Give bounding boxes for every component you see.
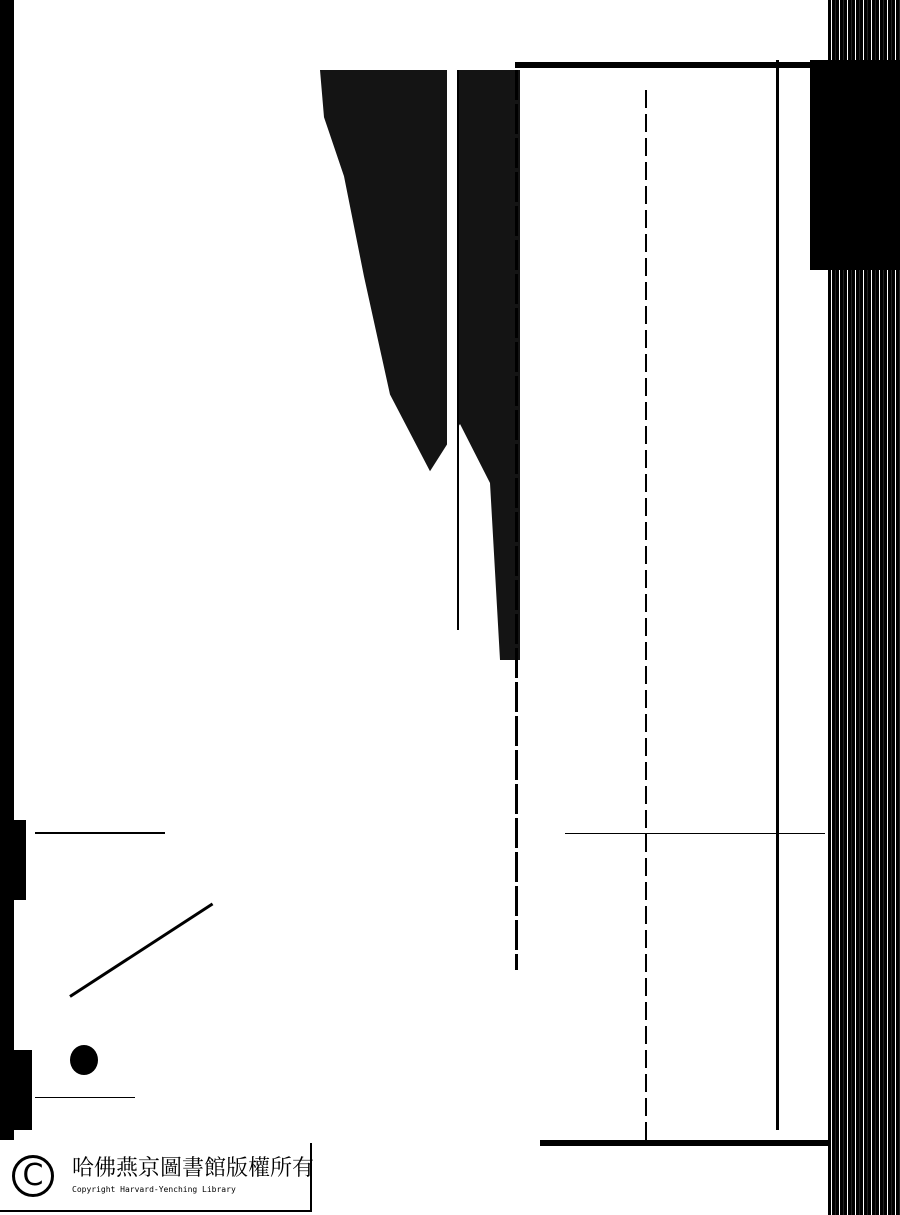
column-rule xyxy=(457,70,459,630)
left-binding-edge xyxy=(0,0,14,1140)
ink-blot xyxy=(70,1045,98,1075)
left-edge-shadow xyxy=(0,820,26,900)
frame-border-bottom xyxy=(540,1140,830,1146)
ink-bleed-gap xyxy=(447,70,457,490)
column-rule xyxy=(645,90,647,1140)
copyright-icon: C xyxy=(12,1155,54,1197)
right-edge-shadow xyxy=(810,60,900,270)
frame-rule xyxy=(776,60,779,1130)
ink-bleed xyxy=(320,70,520,660)
copyright-chinese-text: 哈佛燕京圖書館版權所有 xyxy=(72,1151,314,1182)
scan-artifact-line xyxy=(35,1097,135,1098)
scan-artifact-line xyxy=(565,833,825,834)
scanned-page xyxy=(0,0,900,1215)
copyright-english-text: Copyright Harvard-Yenching Library xyxy=(72,1185,236,1194)
scan-artifact-streak xyxy=(69,903,213,998)
scan-artifact-line xyxy=(35,832,165,834)
left-edge-shadow xyxy=(0,1050,32,1130)
copyright-stamp: C 哈佛燕京圖書館版權所有 Copyright Harvard-Yenching… xyxy=(0,1143,312,1212)
